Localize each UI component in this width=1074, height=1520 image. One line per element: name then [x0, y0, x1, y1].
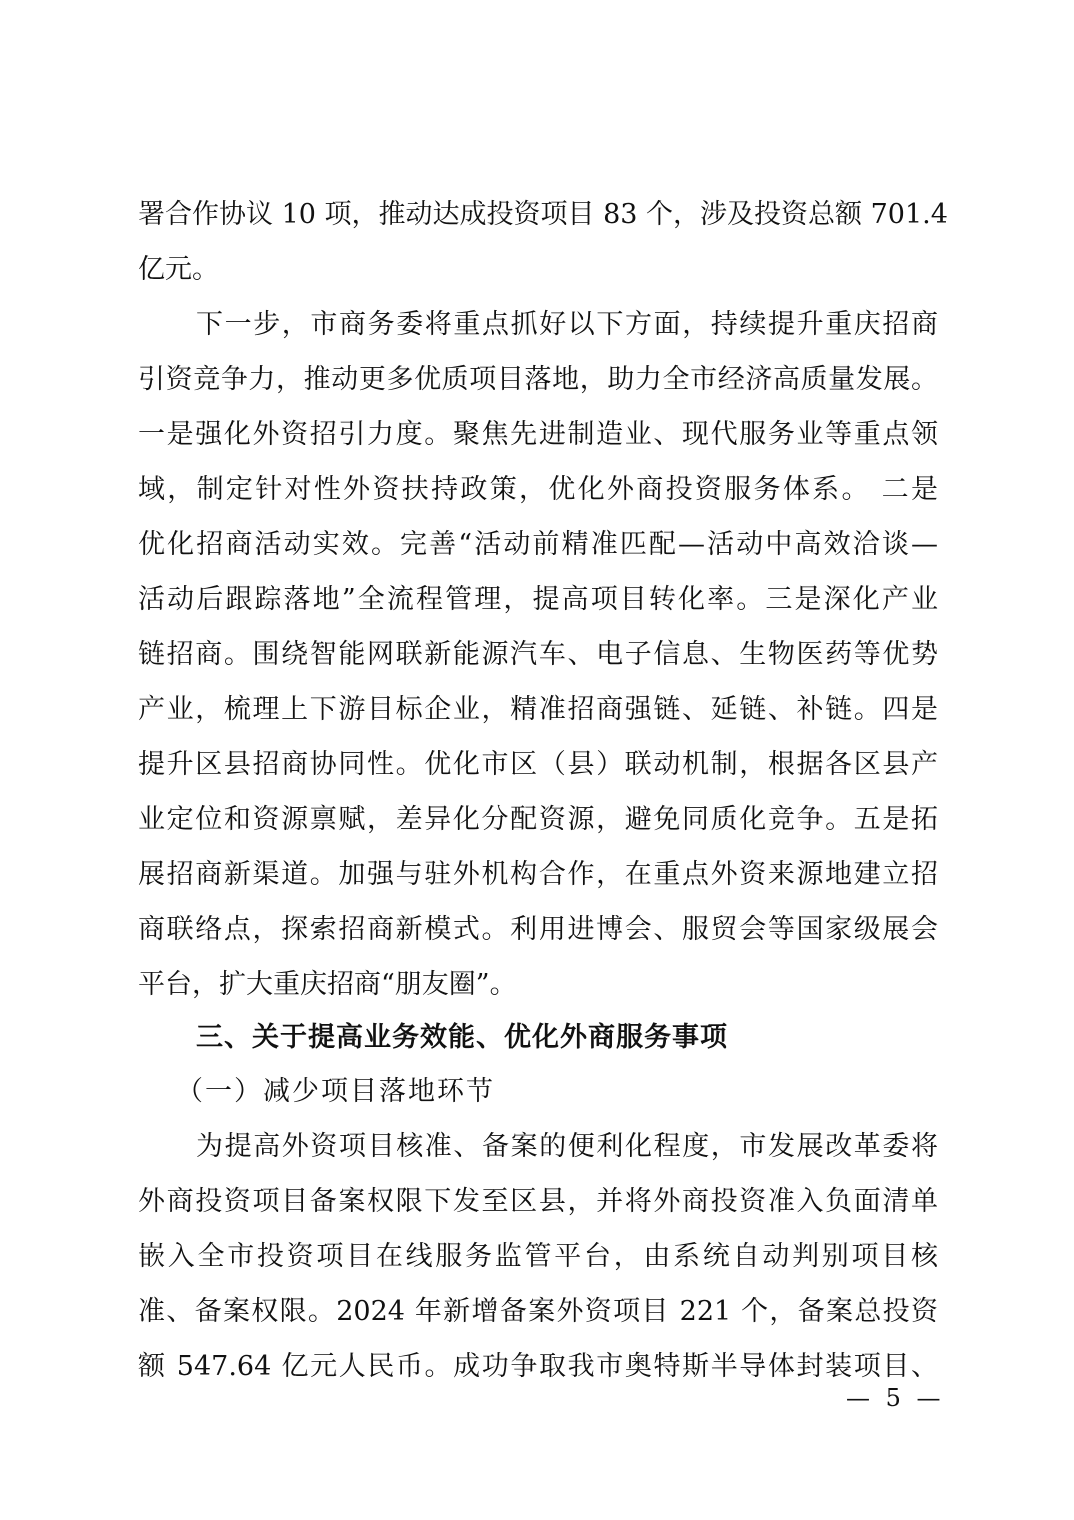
- page-number: — 5 —: [846, 1383, 945, 1413]
- paragraph-line: 署合作协议 10 项，推动达成投资项目 83 个，涉及投资总额 701.4: [138, 196, 938, 234]
- paragraph-line: 嵌入全市投资项目在线服务监管平台，由系统自动判别项目核: [138, 1238, 938, 1276]
- paragraph-line: 额 547.64 亿元人民币。成功争取我市奥特斯半导体封装项目、: [138, 1348, 938, 1386]
- paragraph-line: 链招商。围绕智能网联新能源汽车、电子信息、生物医药等优势: [138, 636, 938, 674]
- paragraph-line: 产业，梳理上下游目标企业，精准招商强链、延链、补链。四是: [138, 691, 938, 729]
- paragraph-line: 外商投资项目备案权限下发至区县，并将外商投资准入负面清单: [138, 1183, 938, 1221]
- paragraph-line: 优化招商活动实效。完善“活动前精准匹配—活动中高效洽谈—: [138, 526, 938, 564]
- paragraph-line: 商联络点，探索招商新模式。利用进博会、服贸会等国家级展会: [138, 911, 938, 949]
- paragraph-line: 业定位和资源禀赋，差异化分配资源，避免同质化竞争。五是拓: [138, 801, 938, 839]
- paragraph-line: 一是强化外资招引力度。聚焦先进制造业、现代服务业等重点领: [138, 416, 938, 454]
- paragraph-line: 活动后跟踪落地”全流程管理，提高项目转化率。三是深化产业: [138, 581, 938, 619]
- paragraph-line: 准、备案权限。2024 年新增备案外资项目 221 个，备案总投资: [138, 1293, 938, 1331]
- paragraph-line: 提升区县招商协同性。优化市区（县）联动机制，根据各区县产: [138, 746, 938, 784]
- paragraph-line: 亿元。: [138, 251, 938, 289]
- paragraph-line: 域，制定针对性外资扶持政策，优化外商投资服务体系。 二是: [138, 471, 938, 509]
- paragraph-line: 引资竞争力，推动更多优质项目落地，助力全市经济高质量发展。: [138, 361, 938, 399]
- paragraph-line: 下一步，市商务委将重点抓好以下方面，持续提升重庆招商: [196, 306, 938, 344]
- paragraph-line: 为提高外资项目核准、备案的便利化程度，市发展改革委将: [196, 1128, 938, 1166]
- document-page: 署合作协议 10 项，推动达成投资项目 83 个，涉及投资总额 701.4 亿元…: [0, 0, 1074, 1520]
- subsection-heading: （一）减少项目落地环节: [176, 1073, 495, 1111]
- paragraph-line: 平台，扩大重庆招商“朋友圈”。: [138, 966, 938, 1004]
- section-heading: 三、关于提高业务效能、优化外商服务事项: [196, 1019, 728, 1057]
- paragraph-line: 展招商新渠道。加强与驻外机构合作，在重点外资来源地建立招: [138, 856, 938, 894]
